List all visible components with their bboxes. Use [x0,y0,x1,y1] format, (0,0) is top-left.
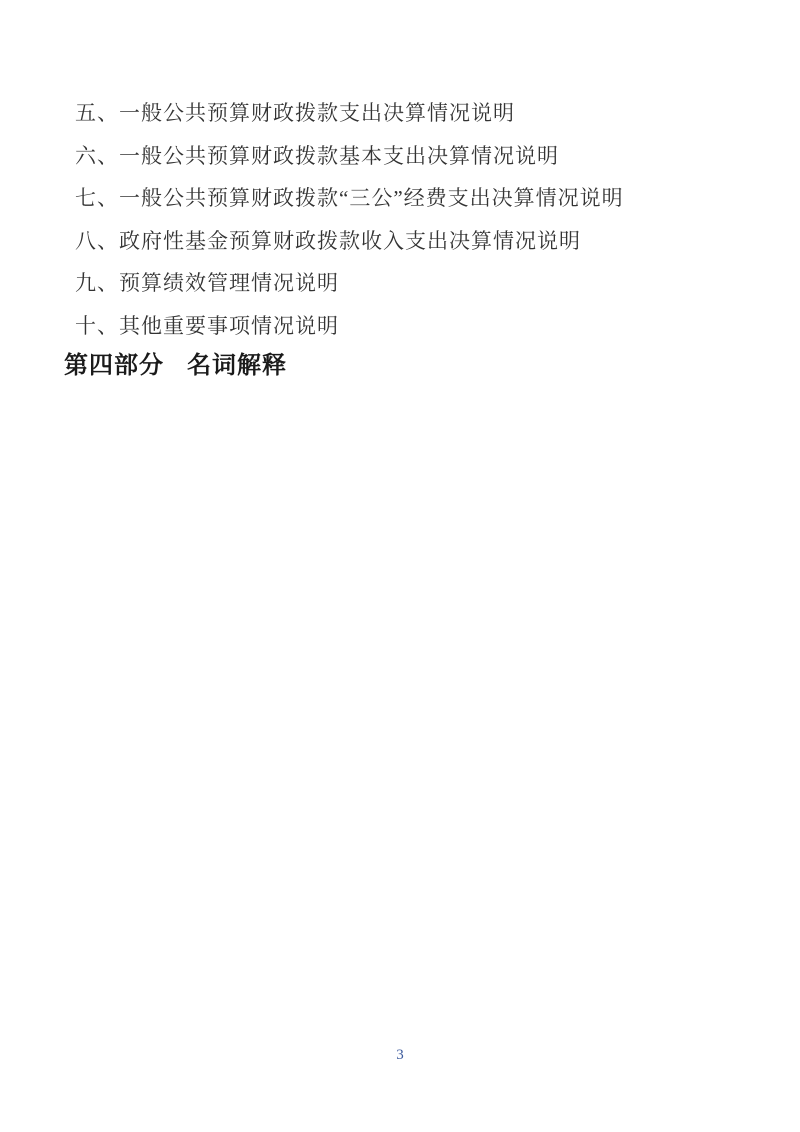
toc-item-8: 八、政府性基金预算财政拨款收入支出决算情况说明 [75,220,624,263]
toc-item-7: 七、一般公共预算财政拨款“三公”经费支出决算情况说明 [75,177,624,220]
section-title: 名词解释 [187,352,287,379]
toc-item-5: 五、一般公共预算财政拨款支出决算情况说明 [75,92,624,135]
document-page: { "page": { "background_color": "#ffffff… [0,0,800,1132]
section-part-label: 第四部分 [64,352,164,379]
table-of-contents: 五、一般公共预算财政拨款支出决算情况说明 六、一般公共预算财政拨款基本支出决算情… [75,92,624,347]
page-number: 3 [0,1045,800,1065]
section-heading: 第四部分名词解释 [64,346,287,386]
toc-item-9: 九、预算绩效管理情况说明 [75,262,624,305]
toc-item-10: 十、其他重要事项情况说明 [75,305,624,348]
toc-item-6: 六、一般公共预算财政拨款基本支出决算情况说明 [75,135,624,178]
page-canvas: 五、一般公共预算财政拨款支出决算情况说明 六、一般公共预算财政拨款基本支出决算情… [0,0,800,1132]
